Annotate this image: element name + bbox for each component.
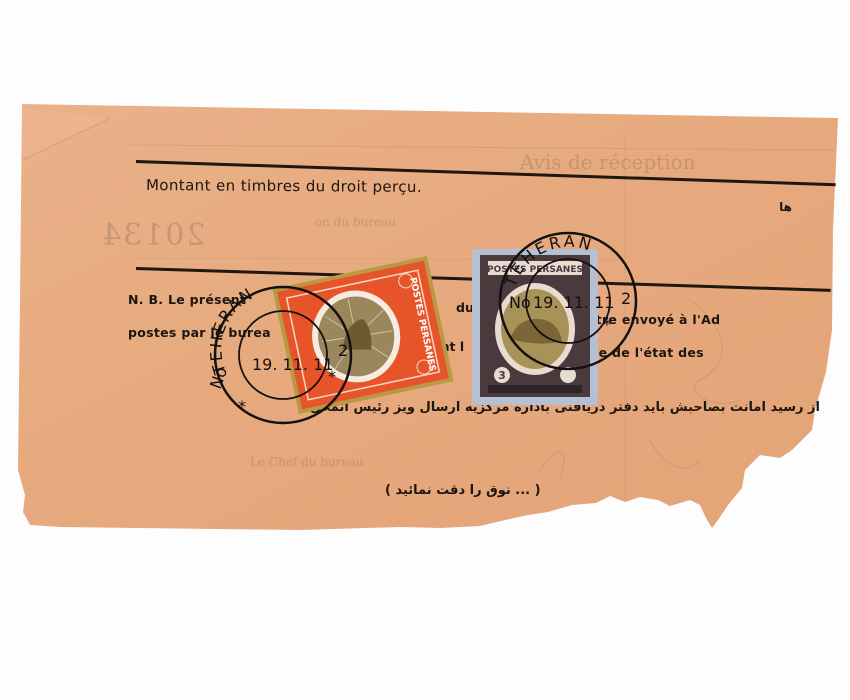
teheran-postmark-2: TEHERAN No 19. 11. 11 2 * bbox=[495, 228, 645, 378]
postmark-1-city: TEHERAN bbox=[210, 284, 257, 378]
postmark-1-suffix: 2 bbox=[338, 341, 348, 360]
persian-note-line: ( ... نوق را دقت نمائيد ) bbox=[385, 483, 541, 498]
bleed-through-signature-label: Le Chef du bureau bbox=[250, 455, 364, 469]
persian-fragment: ها bbox=[779, 200, 792, 214]
svg-text:*: * bbox=[328, 367, 336, 386]
document-fragment: Avis de réception 20134 on du bureau Le … bbox=[0, 0, 850, 700]
postmark-1-date: 19. 11. 11 bbox=[252, 355, 333, 374]
teheran-postmark-1: TEHERAN No 19. 11. 11 2 * * bbox=[210, 282, 360, 432]
amount-heading: Montant en timbres du droit perçu. bbox=[146, 176, 422, 196]
postmark-2-date: 19. 11. 11 bbox=[533, 293, 614, 312]
bleed-through-subtitle: on du bureau bbox=[315, 215, 396, 229]
bleed-through-title: Avis de réception bbox=[520, 150, 696, 174]
postmark-2-number-prefix: No bbox=[509, 293, 531, 312]
svg-text:*: * bbox=[603, 315, 611, 334]
postmark-2-suffix: 2 bbox=[621, 289, 631, 308]
bleed-through-number: 20134 bbox=[100, 218, 205, 253]
svg-text:TEHERAN: TEHERAN bbox=[210, 284, 257, 378]
svg-text:*: * bbox=[238, 397, 246, 416]
